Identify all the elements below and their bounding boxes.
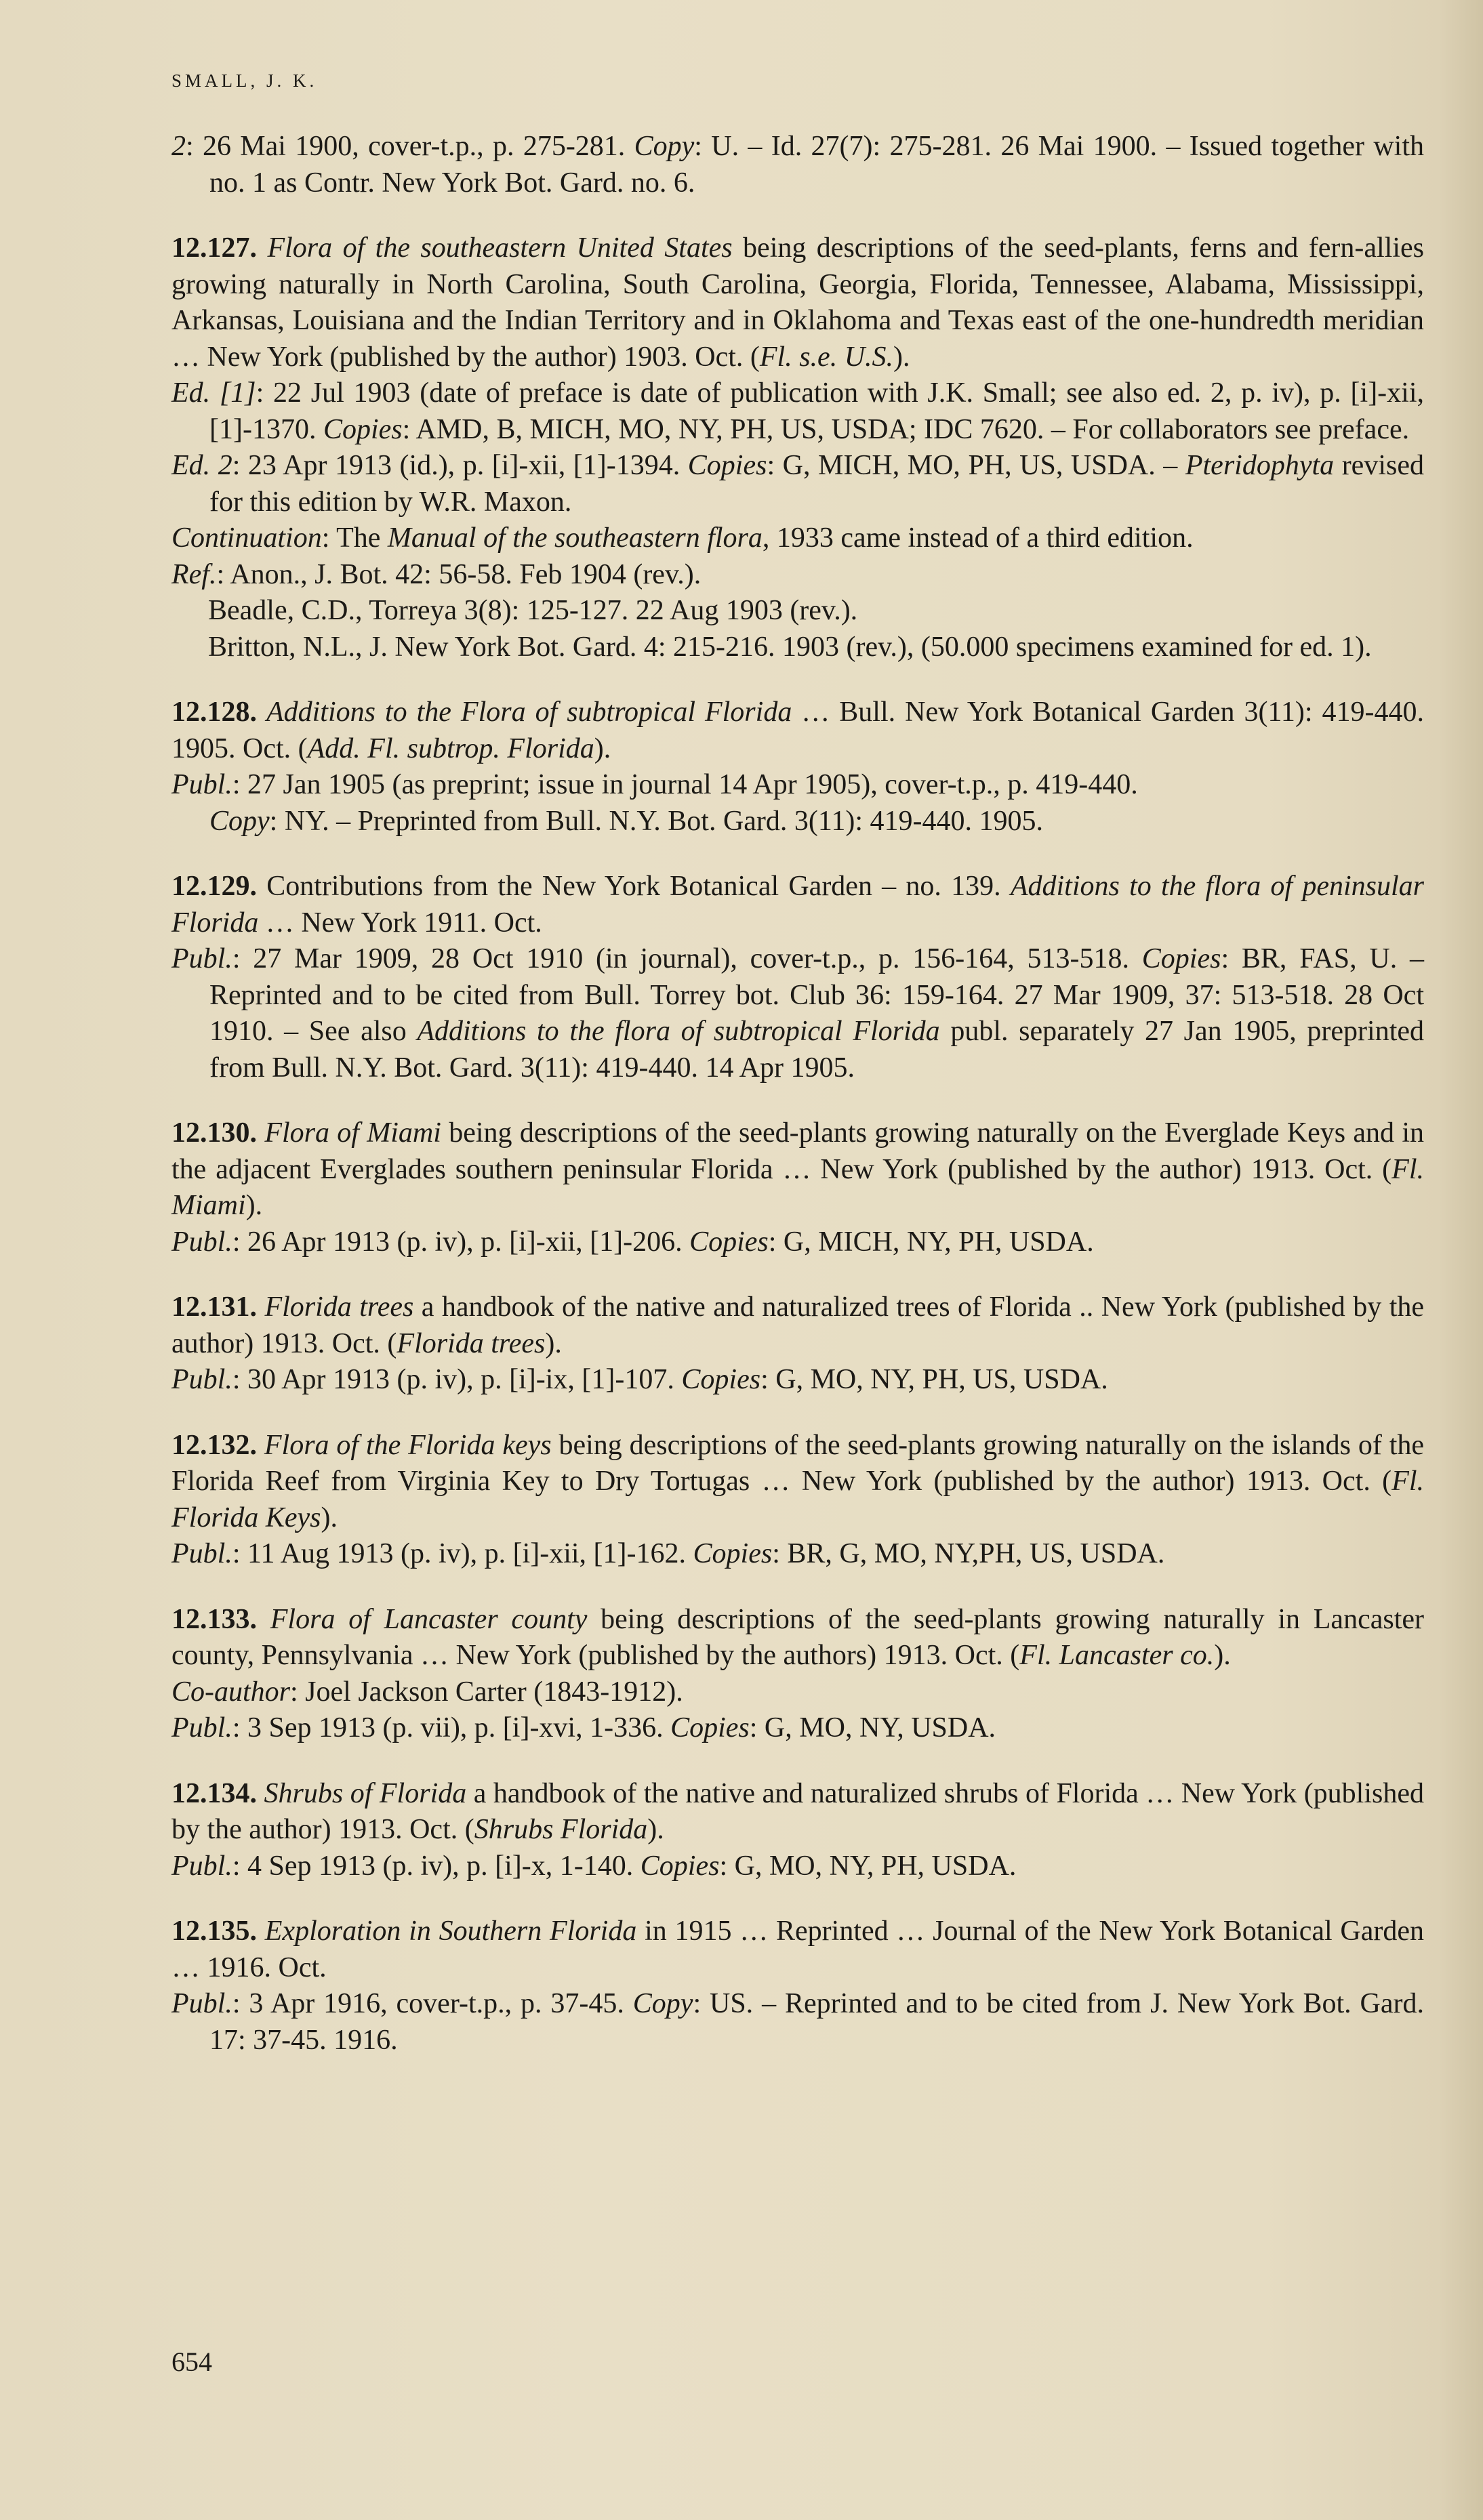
page-body: 2: 26 Mai 1900, cover-t.p., p. 275-281. … bbox=[171, 129, 1424, 2059]
item-label: 2 bbox=[171, 131, 186, 162]
entry-12-132: 12.132. Flora of the Florida keys being … bbox=[171, 1428, 1424, 1573]
entry-number: 12.130. bbox=[171, 1117, 257, 1149]
running-head: SMALL, J. K. bbox=[171, 70, 317, 91]
entry-title: Additions to the Flora of subtropical Fl… bbox=[266, 697, 792, 728]
entry-title: Flora of Lancaster county bbox=[270, 1604, 588, 1635]
publication-info: Publ.: 3 Sep 1913 (p. vii), p. [i]-xvi, … bbox=[171, 1710, 1424, 1747]
publication-info: Publ.: 11 Aug 1913 (p. iv), p. [i]-xii, … bbox=[171, 1536, 1424, 1573]
entry-number: 12.135. bbox=[171, 1916, 257, 1947]
entry-number: 12.128. bbox=[171, 697, 257, 728]
entry-12-128: 12.128. Additions to the Flora of subtro… bbox=[171, 695, 1424, 840]
coauthor-info: Co-author: Joel Jackson Carter (1843-191… bbox=[171, 1674, 1424, 1711]
entry-title: Florida trees bbox=[264, 1292, 413, 1323]
entry-title: Shrubs of Florida bbox=[264, 1778, 467, 1809]
entry-12-134: 12.134. Shrubs of Florida a handbook of … bbox=[171, 1776, 1424, 1885]
entry-number: 12.132. bbox=[171, 1430, 257, 1461]
entry-12-131: 12.131. Florida trees a handbook of the … bbox=[171, 1289, 1424, 1399]
reference-list: Ref.: Anon., J. Bot. 42: 56-58. Feb 1904… bbox=[171, 557, 1424, 594]
entry-number: 12.129. bbox=[171, 871, 257, 902]
publication-info: Publ.: 30 Apr 1913 (p. iv), p. [i]-ix, [… bbox=[171, 1362, 1424, 1399]
reference-item: Britton, N.L., J. New York Bot. Gard. 4:… bbox=[171, 629, 1424, 666]
edition-2: Ed. 2: 23 Apr 1913 (id.), p. [i]-xii, [1… bbox=[171, 448, 1424, 520]
publication-info: Publ.: 3 Apr 1916, cover-t.p., p. 37-45.… bbox=[171, 1986, 1424, 2059]
entry-title: Flora of the southeastern United States bbox=[267, 232, 732, 264]
entry-12-133: 12.133. Flora of Lancaster county being … bbox=[171, 1602, 1424, 1747]
publication-info: Publ.: 27 Jan 1905 (as preprint; issue i… bbox=[171, 767, 1424, 804]
entry-12-130: 12.130. Flora of Miami being description… bbox=[171, 1115, 1424, 1260]
continuation-note: Continuation: The Manual of the southeas… bbox=[171, 520, 1424, 557]
publication-info: Publ.: 4 Sep 1913 (p. iv), p. [i]-x, 1-1… bbox=[171, 1848, 1424, 1885]
entry-title: Flora of the Florida keys bbox=[264, 1430, 552, 1461]
publication-info: Publ.: 26 Apr 1913 (p. iv), p. [i]-xii, … bbox=[171, 1224, 1424, 1261]
entry-12-127: 12.127. Flora of the southeastern United… bbox=[171, 230, 1424, 665]
entry-title: Flora of Miami bbox=[264, 1117, 441, 1149]
entry-number: 12.131. bbox=[171, 1292, 257, 1323]
continued-entry: 2: 26 Mai 1900, cover-t.p., p. 275-281. … bbox=[171, 129, 1424, 201]
entry-title: Exploration in Southern Florida bbox=[265, 1916, 637, 1947]
page-number: 654 bbox=[171, 2346, 212, 2378]
copies-info: Copy: NY. – Preprinted from Bull. N.Y. B… bbox=[171, 804, 1424, 840]
reference-item: Beadle, C.D., Torreya 3(8): 125-127. 22 … bbox=[171, 593, 1424, 629]
publication-info: Publ.: 27 Mar 1909, 28 Oct 1910 (in jour… bbox=[171, 941, 1424, 1086]
entry-number: 12.127. bbox=[171, 232, 257, 264]
entry-number: 12.134. bbox=[171, 1778, 257, 1809]
entry-12-135: 12.135. Exploration in Southern Florida … bbox=[171, 1914, 1424, 2059]
entry-number: 12.133. bbox=[171, 1604, 257, 1635]
edition-1: Ed. [1]: 22 Jul 1903 (date of preface is… bbox=[171, 375, 1424, 448]
entry-12-129: 12.129. Contributions from the New York … bbox=[171, 869, 1424, 1086]
